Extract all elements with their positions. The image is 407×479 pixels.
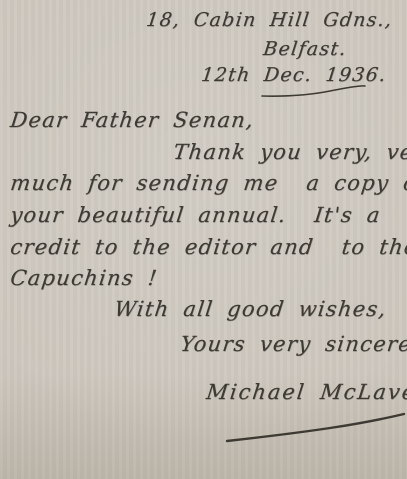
body-line-2: much for sending me a copy of bbox=[9, 171, 407, 195]
valediction-line: Yours very sincerely, bbox=[179, 332, 407, 356]
body-line-3: your beautiful annual. It's a bbox=[9, 203, 382, 227]
body-line-4: credit to the editor and to the bbox=[9, 235, 407, 259]
date-line: 12th Dec. 1936. bbox=[200, 64, 388, 86]
salutation-line: Dear Father Senan, bbox=[9, 108, 256, 132]
body-line-1: Thank you very, very bbox=[172, 140, 407, 164]
date-underline bbox=[262, 86, 365, 96]
address-line-1: 18, Cabin Hill Gdns., bbox=[145, 9, 394, 31]
address-line-2: Belfast. bbox=[262, 38, 348, 60]
body-line-5: Capuchins ! bbox=[9, 266, 159, 290]
wishes-line: With all good wishes, bbox=[113, 297, 388, 321]
letter-photo: 18, Cabin Hill Gdns., Belfast. 12th Dec.… bbox=[0, 0, 407, 479]
signature-line: Michael McLaverty bbox=[205, 380, 407, 404]
signature-flourish bbox=[227, 414, 404, 441]
